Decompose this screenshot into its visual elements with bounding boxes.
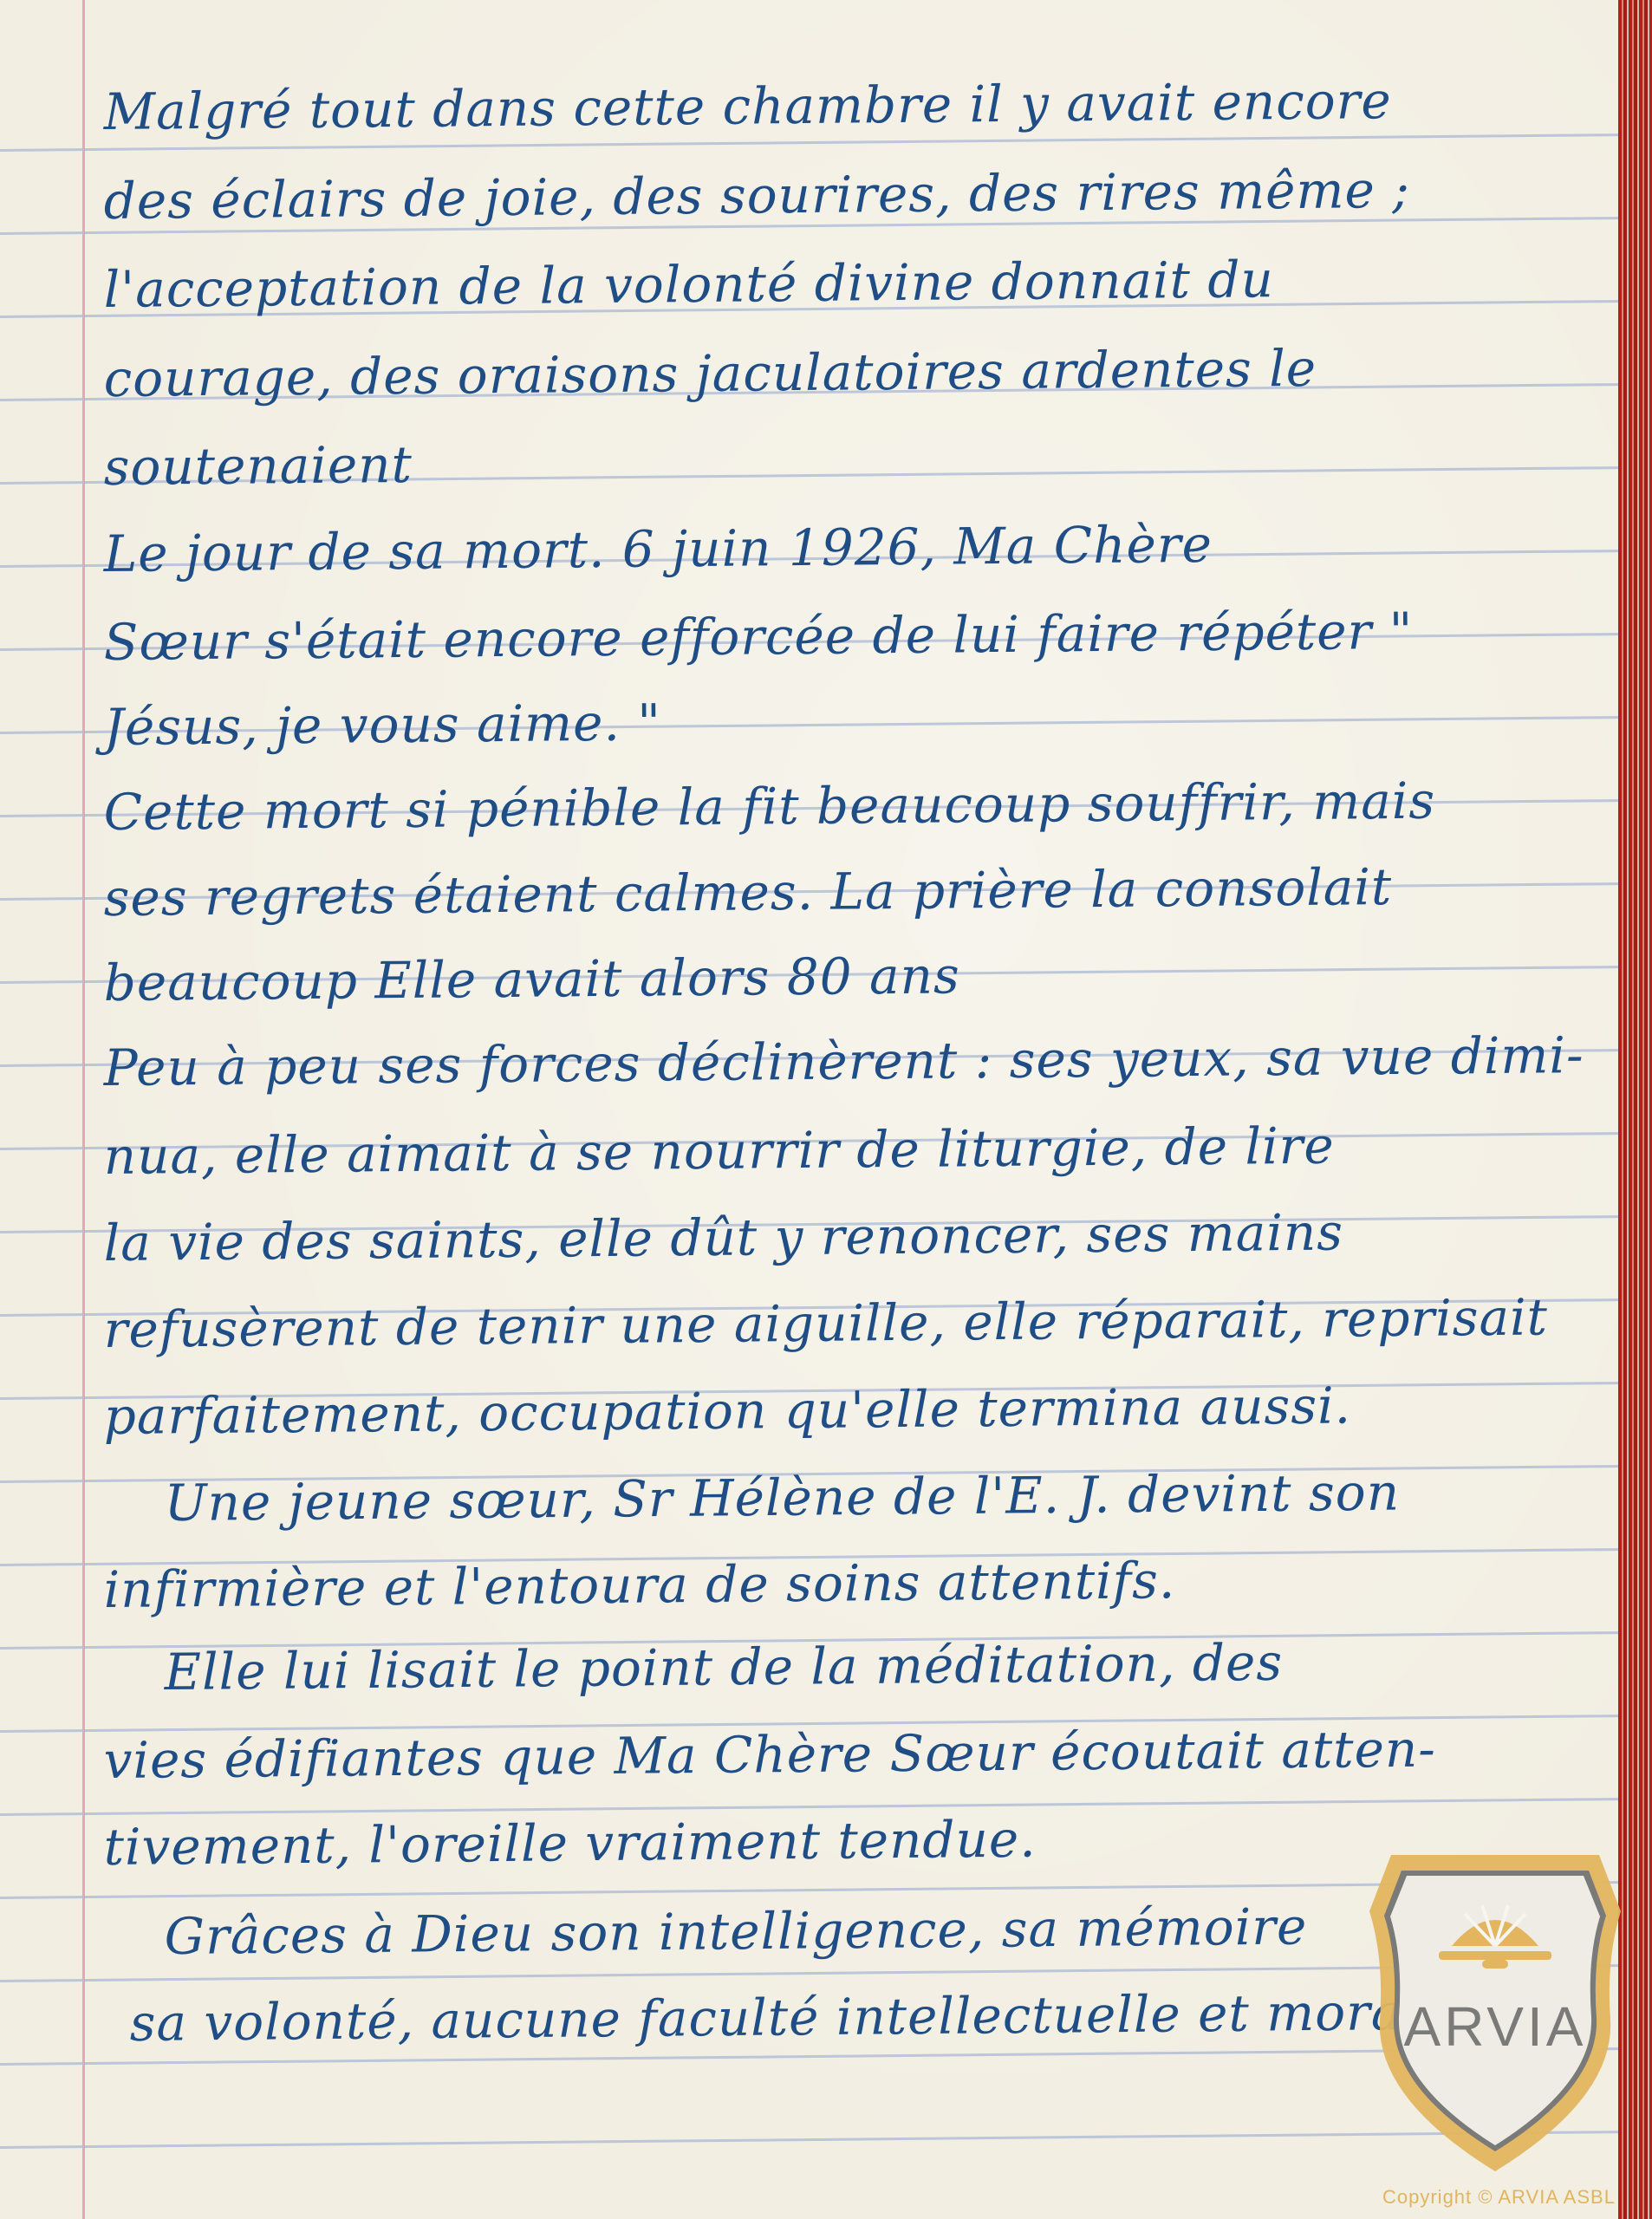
handwritten-line: Cette mort si pénible la fit beaucoup so…	[103, 771, 1435, 842]
handwritten-line: la vie des saints, elle dût y renoncer, …	[103, 1203, 1343, 1272]
handwritten-line: Sœur s'était encore efforcée de lui fair…	[103, 602, 1413, 672]
handwritten-line: Grâces à Dieu son intelligence, sa mémoi…	[164, 1897, 1307, 1966]
handwritten-line: Jésus, je vous aime. "	[103, 693, 661, 757]
margin-line	[82, 0, 85, 2219]
copyright-notice: Copyright © ARVIA ASBL	[1382, 2186, 1616, 2209]
handwritten-line: vies édifiantes que Ma Chère Sœur écouta…	[103, 1720, 1436, 1790]
handwritten-line: des éclairs de joie, des sourires, des r…	[103, 160, 1410, 231]
handwritten-line: l'acceptation de la volonté divine donna…	[103, 250, 1274, 319]
handwritten-line: Le jour de sa mort. 6 juin 1926, Ma Chèr…	[103, 515, 1213, 583]
handwritten-line: Peu à peu ses forces déclinèrent : ses y…	[103, 1025, 1584, 1097]
handwritten-line: sa volonté, aucune faculté intellectuell…	[129, 1982, 1449, 2053]
handwritten-line: tivement, l'oreille vraiment tendue.	[103, 1810, 1037, 1877]
handwritten-line: nua, elle aimait à se nourrir de liturgi…	[103, 1116, 1335, 1186]
handwritten-line: Elle lui lisait le point de la méditatio…	[164, 1633, 1283, 1702]
handwritten-line: beaucoup Elle avait alors 80 ans	[103, 946, 960, 1012]
handwritten-line: courage, des oraisons jaculatoires arden…	[103, 339, 1317, 408]
handwritten-line: Une jeune sœur, Sr Hélène de l'E. J. dev…	[164, 1463, 1400, 1532]
handwritten-line: ses regrets étaient calmes. La prière la…	[103, 857, 1392, 927]
handwritten-line: Malgré tout dans cette chambre il y avai…	[103, 71, 1392, 141]
handwritten-line: infirmière et l'entoura de soins attenti…	[103, 1551, 1175, 1619]
svg-text:ARVIA: ARVIA	[1404, 1995, 1587, 2058]
handwritten-line: refusèrent de tenir une aiguille, elle r…	[103, 1287, 1548, 1359]
handwritten-line: parfaitement, occupation qu'elle termina…	[103, 1376, 1351, 1446]
arvia-logo-watermark: ARVIA	[1365, 1846, 1625, 2176]
handwritten-line: soutenaient	[103, 435, 413, 497]
shield-icon: ARVIA	[1365, 1846, 1625, 2176]
